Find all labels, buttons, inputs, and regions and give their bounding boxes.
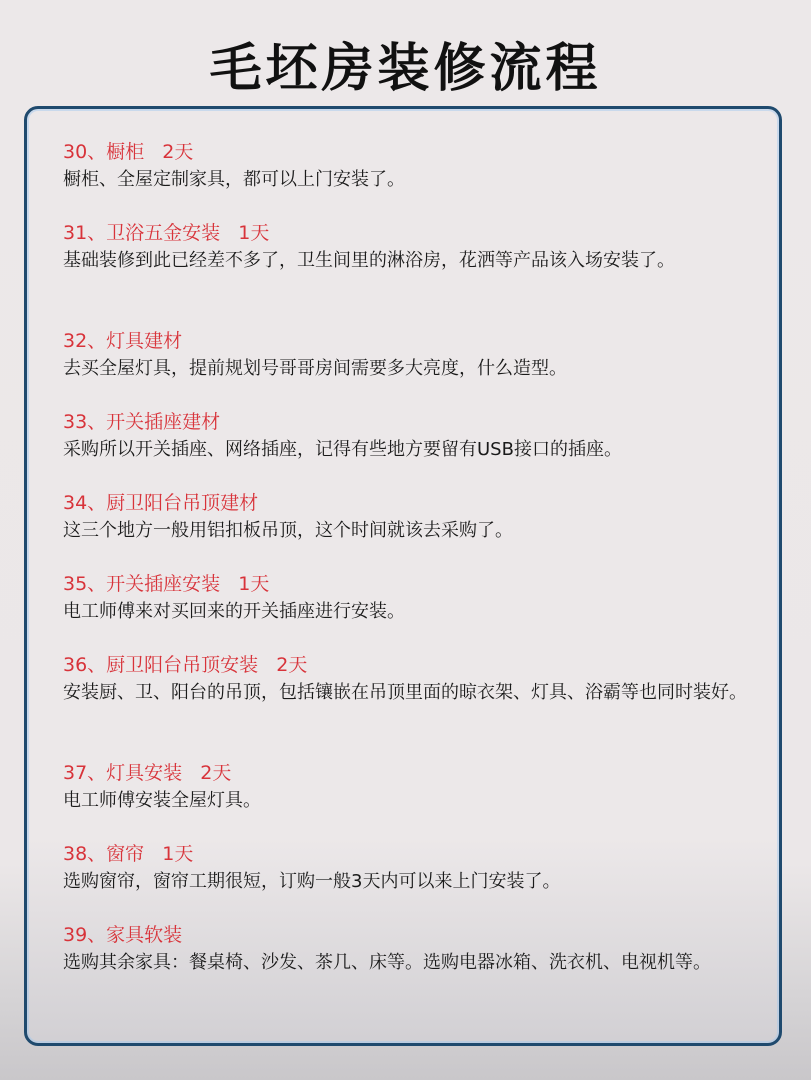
step-description: 电工师傅来对买回来的开关插座进行安装。: [63, 598, 753, 625]
step-description: 电工师傅安装全屋灯具。: [63, 787, 753, 814]
page-title: 毛坯房装修流程: [0, 26, 811, 101]
step-description: 基础装修到此已经差不多了，卫生间里的淋浴房，花洒等产品该入场安装了。: [63, 247, 753, 274]
step-item: 31、卫浴五金安装 1天 基础装修到此已经差不多了，卫生间里的淋浴房，花洒等产品…: [63, 219, 753, 274]
step-title: 36、厨卫阳台吊顶安装 2天: [63, 651, 753, 679]
content-card: 30、橱柜 2天 橱柜、全屋定制家具，都可以上门安装了。 31、卫浴五金安装 1…: [24, 106, 782, 1046]
step-title: 39、家具软装: [63, 921, 753, 949]
step-description: 安装厨、卫、阳台的吊顶，包括镶嵌在吊顶里面的晾衣架、灯具、浴霸等也同时装好。: [63, 679, 753, 706]
step-description: 橱柜、全屋定制家具，都可以上门安装了。: [63, 166, 753, 193]
step-item: 35、开关插座安装 1天 电工师傅来对买回来的开关插座进行安装。: [63, 570, 753, 625]
step-item: 33、开关插座建材 采购所以开关插座、网络插座，记得有些地方要留有USB接口的插…: [63, 408, 753, 463]
step-title: 38、窗帘 1天: [63, 840, 753, 868]
step-item: 37、灯具安装 2天 电工师傅安装全屋灯具。: [63, 759, 753, 814]
step-item: 34、厨卫阳台吊顶建材 这三个地方一般用铝扣板吊顶，这个时间就该去采购了。: [63, 489, 753, 544]
step-description: 这三个地方一般用铝扣板吊顶，这个时间就该去采购了。: [63, 517, 753, 544]
step-title: 34、厨卫阳台吊顶建材: [63, 489, 753, 517]
step-description: 选购窗帘，窗帘工期很短，订购一般3天内可以来上门安装了。: [63, 868, 753, 895]
step-title: 32、灯具建材: [63, 327, 753, 355]
step-item: 30、橱柜 2天 橱柜、全屋定制家具，都可以上门安装了。: [63, 138, 753, 193]
step-description: 采购所以开关插座、网络插座，记得有些地方要留有USB接口的插座。: [63, 436, 753, 463]
step-item: 36、厨卫阳台吊顶安装 2天 安装厨、卫、阳台的吊顶，包括镶嵌在吊顶里面的晾衣架…: [63, 651, 753, 706]
step-title: 35、开关插座安装 1天: [63, 570, 753, 598]
step-title: 33、开关插座建材: [63, 408, 753, 436]
step-title: 37、灯具安装 2天: [63, 759, 753, 787]
step-item: 38、窗帘 1天 选购窗帘，窗帘工期很短，订购一般3天内可以来上门安装了。: [63, 840, 753, 895]
step-item: 39、家具软装 选购其余家具：餐桌椅、沙发、茶几、床等。选购电器冰箱、洗衣机、电…: [63, 921, 753, 976]
step-title: 31、卫浴五金安装 1天: [63, 219, 753, 247]
step-description: 去买全屋灯具，提前规划号哥哥房间需要多大亮度，什么造型。: [63, 355, 753, 382]
step-description: 选购其余家具：餐桌椅、沙发、茶几、床等。选购电器冰箱、洗衣机、电视机等。: [63, 949, 753, 976]
step-title: 30、橱柜 2天: [63, 138, 753, 166]
step-item: 32、灯具建材 去买全屋灯具，提前规划号哥哥房间需要多大亮度，什么造型。: [63, 327, 753, 382]
